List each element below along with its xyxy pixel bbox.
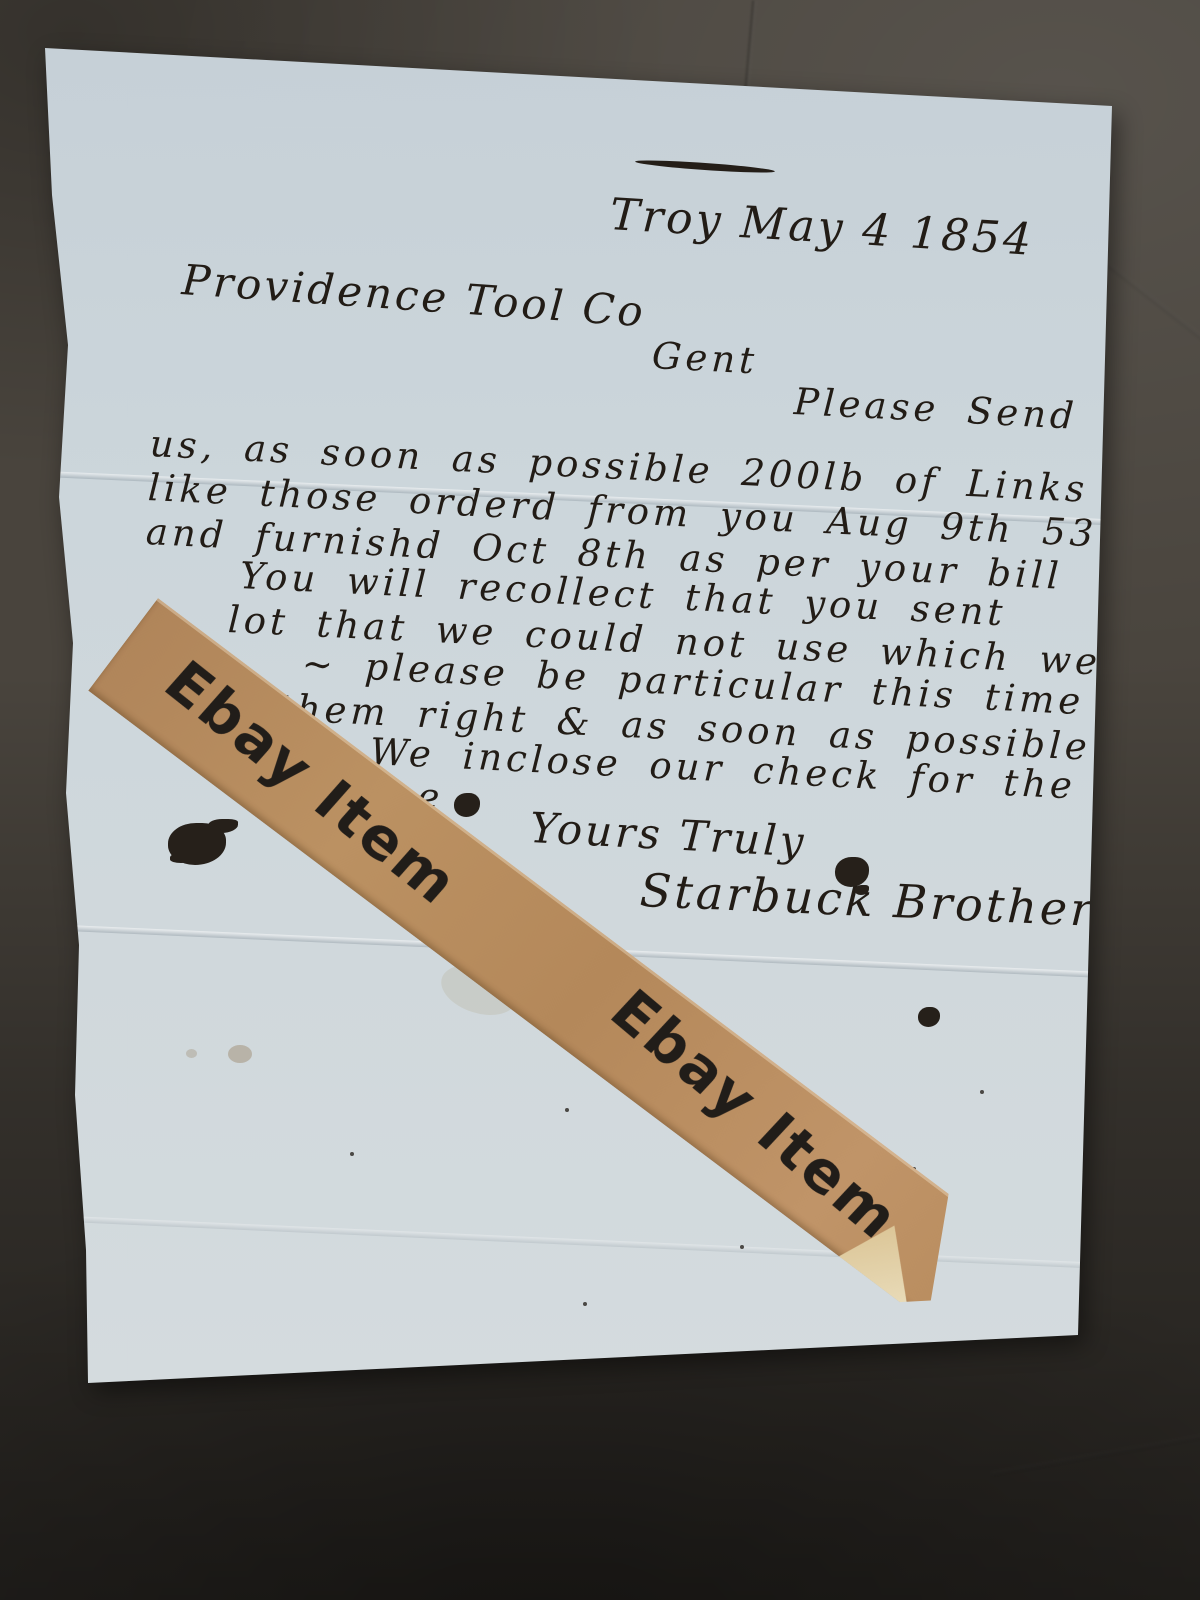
backdrop-crease	[992, 1427, 1200, 1475]
ink-blot	[168, 823, 226, 865]
dust-speck	[565, 1108, 569, 1112]
dust-speck	[583, 1302, 587, 1306]
letter-salutation: Gent	[651, 337, 759, 380]
letter-recipient: Providence Tool Co	[181, 259, 648, 333]
paper-stain	[186, 1049, 197, 1058]
dust-speck	[350, 1152, 354, 1156]
letter-dateline: Troy May 4 1854	[609, 193, 1036, 263]
dust-speck	[740, 1245, 744, 1249]
paper-stain	[228, 1045, 252, 1063]
photo-of-letter: Troy May 4 1854 Providence Tool Co Gent …	[0, 0, 1200, 1600]
ink-flourish	[635, 158, 775, 175]
letter-closing: Yours Truly	[529, 807, 808, 863]
letter-body-line: Please Send	[793, 383, 1079, 435]
letter-signature: Starbuck Brothers	[639, 867, 1123, 934]
ink-blot	[454, 793, 480, 817]
ink-blot	[918, 1007, 940, 1027]
fold-crease	[25, 1214, 1200, 1274]
dust-speck	[980, 1090, 984, 1094]
